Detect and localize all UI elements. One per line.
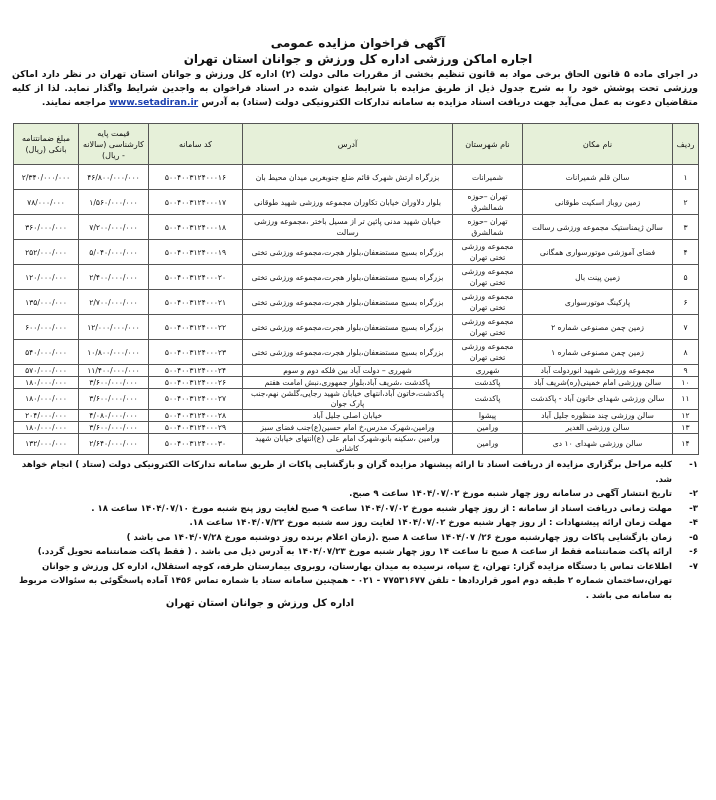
note-number: ۴- (672, 516, 698, 531)
table-row: ۱۲سالن ورزشی چند منظوره جلیل آبادپیشواخی… (14, 410, 699, 422)
table-row: ۹مجموعه ورزشی شهید انوردولت آبادشهرریشهر… (14, 365, 699, 377)
cell-code: ۵۰۰۴۰۰۳۱۲۴۰۰۰۲۳ (149, 340, 243, 365)
cell-row: ۱۰ (673, 377, 699, 389)
cell-county: پیشوا (453, 410, 523, 422)
table-row: ۱۴سالن ورزشی شهدای ۱۰ دیورامینورامین ،سک… (14, 434, 699, 455)
cell-base-price: ۴/۰۸۰/۰۰۰/۰۰۰ (79, 410, 149, 422)
cell-address: بزرگراه بسیج مستضعفان،بلوار هجرت،مجموعه … (243, 315, 453, 340)
cell-guarantee: ۱۸۰/۰۰۰/۰۰۰ (14, 377, 79, 389)
note-text: کلیه مراحل برگزاری مزایده از دریافت اسنا… (8, 458, 672, 487)
table-row: ۸زمین چمن مصنوعی شماره ۱مجموعه ورزشی تخت… (14, 340, 699, 365)
table-row: ۱۱سالن ورزشی شهدای خاتون آباد - پاکدشتپا… (14, 389, 699, 410)
cell-place: سالن ورزشی چند منظوره جلیل آباد (523, 410, 673, 422)
cell-place: سالن قلم شمیرانات (523, 165, 673, 190)
cell-row: ۲ (673, 190, 699, 215)
cell-code: ۵۰۰۴۰۰۳۱۲۴۰۰۰۲۶ (149, 377, 243, 389)
cell-address: ورامین ،سکینه بانو،شهرک امام علی (ع)انته… (243, 434, 453, 455)
cell-county: مجموعه ورزشی تختی تهران (453, 265, 523, 290)
header-code: کد سامانه (149, 124, 243, 165)
cell-row: ۱۴ (673, 434, 699, 455)
cell-county: ورامین (453, 434, 523, 455)
cell-base-price: ۷/۲۰۰/۰۰۰/۰۰۰ (79, 215, 149, 240)
note-number: ۲- (672, 487, 698, 502)
cell-guarantee: ۱۳۵/۰۰۰/۰۰۰ (14, 290, 79, 315)
cell-place: زمین چمن مصنوعی شماره ۲ (523, 315, 673, 340)
cell-base-price: ۱/۵۶۰/۰۰۰/۰۰۰ (79, 190, 149, 215)
cell-address: ورامین،شهرک مدرس،خ امام حسین(ع)جنب فضای … (243, 422, 453, 434)
table-row: ۷زمین چمن مصنوعی شماره ۲مجموعه ورزشی تخت… (14, 315, 699, 340)
note-text: تاریخ انتشار آگهی در سامانه روز چهار شنب… (349, 487, 672, 502)
cell-guarantee: ۲۰۴/۰۰۰/۰۰۰ (14, 410, 79, 422)
cell-address: بلوار دلاوران خیابان تکاوران مجموعه ورزش… (243, 190, 453, 215)
table-header-row: ردیف نام مکان نام شهرستان آدرس کد سامانه… (14, 124, 699, 165)
cell-place: سالن ورزشی شهدای خاتون آباد - پاکدشت (523, 389, 673, 410)
cell-code: ۵۰۰۴۰۰۳۱۲۴۰۰۰۱۶ (149, 165, 243, 190)
cell-county: پاکدشت (453, 377, 523, 389)
cell-place: سالن ورزشی شهدای ۱۰ دی (523, 434, 673, 455)
cell-county: مجموعه ورزشی تختی تهران (453, 340, 523, 365)
note-item: ۴-مهلت زمان ارائه پیشنهادات : از روز چها… (8, 516, 698, 531)
cell-address: بزرگراه ارتش شهرک قائم ضلع جنوبغربی میدا… (243, 165, 453, 190)
auction-notice: آگهی فراخوان مزایده عمومی اجاره اماکن ور… (0, 0, 716, 800)
table-row: ۱۳سالن ورزشی الغدیرورامینورامین،شهرک مدر… (14, 422, 699, 434)
cell-guarantee: ۵۷۰/۰۰۰/۰۰۰ (14, 365, 79, 377)
cell-address: بزرگراه بسیج مستضعفان،بلوار هجرت،مجموعه … (243, 265, 453, 290)
notes-list: ۱-کلیه مراحل برگزاری مزایده از دریافت اس… (8, 458, 698, 603)
cell-guarantee: ۱۸۰/۰۰۰/۰۰۰ (14, 422, 79, 434)
cell-code: ۵۰۰۴۰۰۳۱۲۴۰۰۰۱۹ (149, 240, 243, 265)
cell-place: زمین روباز اسکیت طوقانی (523, 190, 673, 215)
cell-row: ۵ (673, 265, 699, 290)
cell-address: خیابان اصلی جلیل آباد (243, 410, 453, 422)
cell-place: پارکینگ موتورسواری (523, 290, 673, 315)
cell-county: مجموعه ورزشی تختی تهران (453, 240, 523, 265)
note-item: ۵-زمان بازگشایی پاکات روز چهارشنبه مورخ … (8, 531, 698, 546)
table-row: ۲زمین روباز اسکیت طوقانیتهران –حوزه شمال… (14, 190, 699, 215)
table-row: ۱۰سالن ورزشی امام خمینی(ره)شریف آبادپاکد… (14, 377, 699, 389)
setadiran-link[interactable]: www.setadiran.ir (109, 97, 198, 108)
table-row: ۱سالن قلم شمیراناتشمیراناتبزرگراه ارتش ش… (14, 165, 699, 190)
venues-table: ردیف نام مکان نام شهرستان آدرس کد سامانه… (13, 123, 699, 455)
cell-code: ۵۰۰۴۰۰۳۱۲۴۰۰۰۲۲ (149, 315, 243, 340)
note-number: ۶- (672, 545, 698, 560)
note-item: ۷-اطلاعات تماس با دستگاه مزایده گزار: ته… (8, 560, 698, 604)
note-item: ۶-ارائه پاکت ضمانتنامه فقط از ساعت ۸ صبح… (8, 545, 698, 560)
cell-code: ۵۰۰۴۰۰۳۱۲۴۰۰۰۲۹ (149, 422, 243, 434)
cell-row: ۶ (673, 290, 699, 315)
note-text: مهلت زمان ارائه پیشنهادات : از روز چهار … (189, 516, 672, 531)
note-text: اطلاعات تماس با دستگاه مزایده گزار: تهرا… (8, 560, 672, 604)
cell-guarantee: ۳۶۰/۰۰۰/۰۰۰ (14, 215, 79, 240)
cell-address: بزرگراه بسیج مستضعفان،بلوار هجرت،مجموعه … (243, 240, 453, 265)
cell-guarantee: ۱۳۲/۰۰۰/۰۰۰ (14, 434, 79, 455)
note-item: ۱-کلیه مراحل برگزاری مزایده از دریافت اس… (8, 458, 698, 487)
cell-base-price: ۵/۰۴۰/۰۰۰/۰۰۰ (79, 240, 149, 265)
note-text: زمان بازگشایی پاکات روز چهارشنبه مورخ ۲۶… (127, 531, 672, 546)
note-item: ۳-مهلت زمانی دریافت اسناد از سامانه : از… (8, 502, 698, 517)
cell-county: تهران –حوزه شمالشرق (453, 215, 523, 240)
cell-code: ۵۰۰۴۰۰۳۱۲۴۰۰۰۲۴ (149, 365, 243, 377)
cell-base-price: ۱۲/۰۰۰/۰۰۰/۰۰۰ (79, 315, 149, 340)
header-county: نام شهرستان (453, 124, 523, 165)
table-row: ۶پارکینگ موتورسواریمجموعه ورزشی تختی تهر… (14, 290, 699, 315)
cell-address: پاکدشت،خاتون آباد،انتهای خیابان شهید رجا… (243, 389, 453, 410)
note-number: ۳- (672, 502, 698, 517)
cell-row: ۱۳ (673, 422, 699, 434)
cell-base-price: ۱۱/۴۰۰/۰۰۰/۰۰۰ (79, 365, 149, 377)
cell-guarantee: ۲/۳۴۰/۰۰۰/۰۰۰ (14, 165, 79, 190)
cell-row: ۸ (673, 340, 699, 365)
cell-base-price: ۳/۶۰۰/۰۰۰/۰۰۰ (79, 377, 149, 389)
cell-county: پاکدشت (453, 389, 523, 410)
cell-code: ۵۰۰۴۰۰۳۱۲۴۰۰۰۲۸ (149, 410, 243, 422)
cell-guarantee: ۶۰۰/۰۰۰/۰۰۰ (14, 315, 79, 340)
note-number: ۱- (672, 458, 698, 487)
table-row: ۴فضای آموزشی موتورسواری همگانیمجموعه ورز… (14, 240, 699, 265)
cell-guarantee: ۱۲۰/۰۰۰/۰۰۰ (14, 265, 79, 290)
cell-place: فضای آموزشی موتورسواری همگانی (523, 240, 673, 265)
table-row: ۳سالن ژیمناستیک مجموعه ورزشی رسالتتهران … (14, 215, 699, 240)
intro-suffix: مراجعه نمایند. (42, 97, 106, 108)
cell-base-price: ۱۰/۸۰۰/۰۰۰/۰۰۰ (79, 340, 149, 365)
note-text: مهلت زمانی دریافت اسناد از سامانه : از ر… (91, 502, 672, 517)
cell-base-price: ۲/۷۰۰/۰۰۰/۰۰۰ (79, 290, 149, 315)
cell-row: ۳ (673, 215, 699, 240)
intro-paragraph: در اجرای ماده ۵ قانون الحاق برخی مواد به… (12, 68, 698, 110)
cell-code: ۵۰۰۴۰۰۳۱۲۴۰۰۰۳۰ (149, 434, 243, 455)
cell-county: شمیرانات (453, 165, 523, 190)
header-place: نام مکان (523, 124, 673, 165)
note-number: ۵- (672, 531, 698, 546)
note-text: ارائه پاکت ضمانتنامه فقط از ساعت ۸ صبح ت… (38, 545, 672, 560)
cell-address: خیابان شهید مدنی پائین تر از مسیل باختر … (243, 215, 453, 240)
cell-guarantee: ۲۵۲/۰۰۰/۰۰۰ (14, 240, 79, 265)
cell-code: ۵۰۰۴۰۰۳۱۲۴۰۰۰۱۸ (149, 215, 243, 240)
cell-base-price: ۴۶/۸۰۰/۰۰۰/۰۰۰ (79, 165, 149, 190)
cell-place: سالن ژیمناستیک مجموعه ورزشی رسالت (523, 215, 673, 240)
cell-guarantee: ۱۸۰/۰۰۰/۰۰۰ (14, 389, 79, 410)
signature: اداره کل ورزش و جوانان استان تهران (0, 598, 520, 609)
cell-base-price: ۳/۶۰۰/۰۰۰/۰۰۰ (79, 422, 149, 434)
note-item: ۲-تاریخ انتشار آگهی در سامانه روز چهار ش… (8, 487, 698, 502)
notice-subtitle: اجاره اماکن ورزشی اداره کل ورزش و جوانان… (0, 52, 716, 66)
cell-address: بزرگراه بسیج مستضعفان،بلوار هجرت،مجموعه … (243, 290, 453, 315)
cell-place: زمین چمن مصنوعی شماره ۱ (523, 340, 673, 365)
header-row-number: ردیف (673, 124, 699, 165)
cell-address: بزرگراه بسیج مستضعفان،بلوار هجرت،مجموعه … (243, 340, 453, 365)
cell-address: شهرری – دولت آباد بین فلکه دوم و سوم (243, 365, 453, 377)
cell-row: ۱۱ (673, 389, 699, 410)
cell-row: ۱ (673, 165, 699, 190)
cell-county: شهرری (453, 365, 523, 377)
cell-county: مجموعه ورزشی تختی تهران (453, 315, 523, 340)
cell-row: ۴ (673, 240, 699, 265)
cell-row: ۱۲ (673, 410, 699, 422)
cell-county: تهران –حوزه شمالشرق (453, 190, 523, 215)
cell-code: ۵۰۰۴۰۰۳۱۲۴۰۰۰۱۷ (149, 190, 243, 215)
cell-county: مجموعه ورزشی تختی تهران (453, 290, 523, 315)
cell-code: ۵۰۰۴۰۰۳۱۲۴۰۰۰۲۷ (149, 389, 243, 410)
cell-guarantee: ۷۸/۰۰۰/۰۰۰ (14, 190, 79, 215)
cell-place: سالن ورزشی امام خمینی(ره)شریف آباد (523, 377, 673, 389)
note-number: ۷- (672, 560, 698, 604)
table-row: ۵زمین پینت بالمجموعه ورزشی تختی تهرانبزر… (14, 265, 699, 290)
cell-row: ۹ (673, 365, 699, 377)
header-base-price: قیمت پایه کارشناسی (سالانه - ریال) (79, 124, 149, 165)
notice-title: آگهی فراخوان مزایده عمومی (0, 36, 716, 50)
cell-guarantee: ۵۴۰/۰۰۰/۰۰۰ (14, 340, 79, 365)
cell-code: ۵۰۰۴۰۰۳۱۲۴۰۰۰۲۰ (149, 265, 243, 290)
cell-county: ورامین (453, 422, 523, 434)
cell-address: پاکدشت ،شریف آباد،بلوار جمهوری،نبش امامت… (243, 377, 453, 389)
cell-place: مجموعه ورزشی شهید انوردولت آباد (523, 365, 673, 377)
cell-code: ۵۰۰۴۰۰۳۱۲۴۰۰۰۲۱ (149, 290, 243, 315)
cell-base-price: ۲/۴۰۰/۰۰۰/۰۰۰ (79, 265, 149, 290)
cell-place: سالن ورزشی الغدیر (523, 422, 673, 434)
cell-base-price: ۲/۶۴۰/۰۰۰/۰۰۰ (79, 434, 149, 455)
header-guarantee: مبلغ ضمانتنامه بانکی (ریال) (14, 124, 79, 165)
cell-base-price: ۳/۶۰۰/۰۰۰/۰۰۰ (79, 389, 149, 410)
cell-row: ۷ (673, 315, 699, 340)
header-address: آدرس (243, 124, 453, 165)
cell-place: زمین پینت بال (523, 265, 673, 290)
